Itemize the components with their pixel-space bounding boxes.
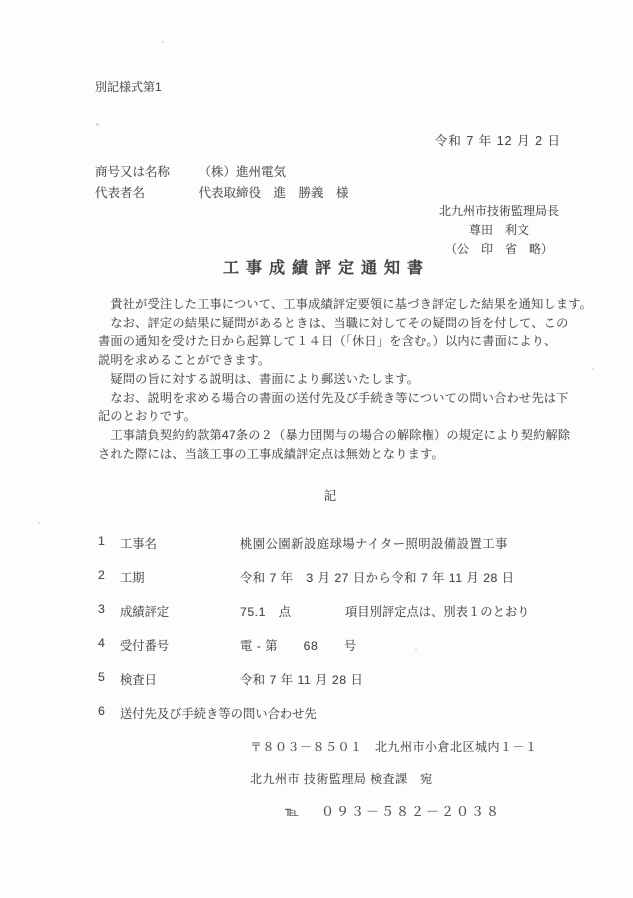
item-label: 工期 (120, 568, 145, 586)
body-line: 貴社が受注した工事について、工事成績評定要領に基づき評定した結果を通知します。 (98, 295, 576, 314)
body-line: 記のとおりです。 (98, 407, 576, 426)
scan-speck (592, 368, 594, 370)
addressee-representative-row: 代表者名 代表取締役 進 勝義 様 (95, 183, 349, 204)
item-label: 工事名 (120, 534, 157, 552)
item-row-kouki: 2 工期 令和 7 年 3 月 27 日から令和 7 年 11 月 28 日 (98, 568, 598, 602)
item-row-seiseki-hyoutei: 3 成績評定 75.1 点 項目別評定点は、別表１のとおり (98, 602, 598, 636)
body-line: 説明を求めることができます。 (98, 351, 576, 370)
contact-telephone: ℡０９３－５８２－２０３８ (285, 801, 501, 820)
item-label: 成績評定 (120, 602, 169, 620)
scanned-document-page: 別記様式第1 令和 7 年 12 月 2 日 商号又は名称 （株）進州電気 代表… (0, 0, 633, 898)
item-number: 1 (98, 534, 105, 548)
item-row-toiawasesaki: 6 送付先及び手続き等の問い合わせ先 (98, 704, 598, 738)
issuer-name: 尊田 利文 (418, 221, 580, 240)
scan-speck (162, 41, 164, 43)
body-line: された際には、当該工事の工事成績評定点は無効となります。 (98, 445, 576, 464)
item-label: 検査日 (120, 670, 157, 688)
item-value: 電 - 第 68 号 (240, 636, 357, 654)
body-line: なお、説明を求める場合の書面の送付先及び手続き等についての問い合わせ先は下 (98, 389, 576, 408)
scan-speck (415, 649, 417, 651)
item-row-uketsuke-bangou: 4 受付番号 電 - 第 68 号 (98, 636, 598, 670)
body-paragraphs: 貴社が受注した工事について、工事成績評定要領に基づき評定した結果を通知します。 … (98, 295, 576, 463)
body-line: 工事請負契約約款第47条の２（暴力団関与の場合の解除権）の規定により契約解除 (98, 426, 576, 445)
scan-speck (96, 123, 99, 126)
representative-label: 代表者名 (95, 183, 195, 201)
item-value: 令和 7 年 3 月 27 日から令和 7 年 11 月 28 日 (240, 568, 515, 586)
company-name-value: （株）進州電気 (198, 165, 286, 179)
item-row-kensabi: 5 検査日 令和 7 年 11 月 28 日 (98, 670, 598, 704)
representative-value: 代表取締役 進 勝義 様 (198, 186, 348, 200)
items-list: 1 工事名 桃園公園新設庭球場ナイター照明設備設置工事 2 工期 令和 7 年 … (98, 534, 598, 738)
contact-postal-address: 〒８０３－８５０１ 北九州市小倉北区城内１－１ (250, 738, 538, 755)
item-value: 75.1 点 (240, 602, 292, 620)
issue-date: 令和 7 年 12 月 2 日 (435, 131, 561, 149)
scan-speck (38, 522, 40, 524)
body-line: なお、評定の結果に疑問があるときは、当職に対してその疑問の旨を付して、この (98, 314, 576, 333)
body-line: 書面の通知を受けた日から起算して１４日（「休日」を含む。）以内に書面により、 (98, 332, 576, 351)
record-marker: 記 (0, 486, 633, 504)
contact-department: 北九州市 技術監理局 検査課 宛 (250, 770, 433, 787)
item-number: 2 (98, 568, 105, 582)
item-number: 6 (98, 704, 105, 718)
item-row-koujimei: 1 工事名 桃園公園新設庭球場ナイター照明設備設置工事 (98, 534, 598, 568)
document-title: 工事成績評定通知書 (0, 255, 633, 278)
addressee-company-row: 商号又は名称 （株）進州電気 (95, 162, 349, 183)
item-number: 3 (98, 602, 105, 616)
body-line: 疑問の旨に対する説明は、書面により郵送いたします。 (98, 370, 576, 389)
item-note: 項目別評定点は、別表１のとおり (345, 602, 529, 620)
tel-number: ０９３－５８２－２０３８ (321, 804, 501, 819)
issuer-title: 北九州市技術監理局長 (418, 202, 580, 221)
tel-symbol-icon: ℡ (285, 804, 299, 819)
item-label: 受付番号 (120, 636, 169, 654)
item-number: 4 (98, 636, 105, 650)
form-style-label: 別記様式第1 (95, 78, 162, 95)
issuer-block: 北九州市技術監理局長 尊田 利文 （公 印 省 略） (418, 202, 580, 259)
item-number: 5 (98, 670, 105, 684)
addressee-block: 商号又は名称 （株）進州電気 代表者名 代表取締役 進 勝義 様 (95, 162, 349, 204)
item-label: 送付先及び手続き等の問い合わせ先 (120, 704, 317, 722)
company-name-label: 商号又は名称 (95, 162, 195, 180)
item-value: 令和 7 年 11 月 28 日 (240, 670, 363, 688)
item-value: 桃園公園新設庭球場ナイター照明設備設置工事 (240, 534, 508, 552)
